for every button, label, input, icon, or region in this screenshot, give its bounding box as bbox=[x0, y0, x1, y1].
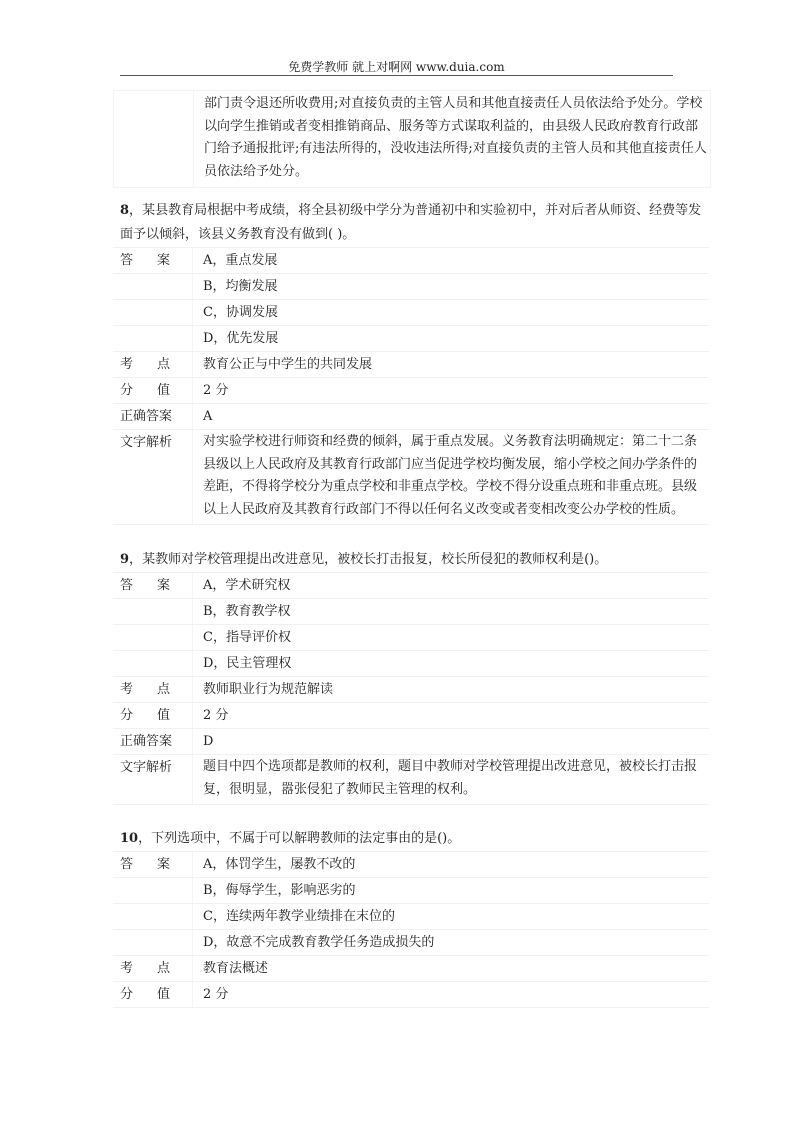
correct-answer-label: 正确答案 bbox=[113, 404, 193, 429]
option-row: 答案 A，体罚学生，屡教不改的 bbox=[113, 852, 709, 878]
option-a: A，体罚学生，屡教不改的 bbox=[193, 852, 709, 877]
score-value: 2 分 bbox=[193, 378, 709, 403]
question-separator: ， bbox=[138, 831, 151, 846]
point-row: 考点 教育公正与中学生的共同发展 bbox=[113, 352, 709, 378]
analysis-text: 题目中四个选项都是教师的权利，题目中教师对学校管理提出改进意见，被校长打击报复，… bbox=[193, 755, 709, 804]
option-a: A，学术研究权 bbox=[193, 573, 709, 598]
answer-label: 答案 bbox=[113, 573, 193, 598]
question-number: 10 bbox=[120, 831, 138, 846]
question-number: 8 bbox=[120, 203, 129, 218]
option-b: B，教育教学权 bbox=[193, 599, 709, 624]
option-row: 答案 A，学术研究权 bbox=[113, 573, 709, 599]
analysis-label: 文字解析 bbox=[113, 755, 193, 804]
option-c: C，指导评价权 bbox=[193, 625, 709, 650]
correct-answer-value: A bbox=[193, 404, 709, 429]
analysis-row: 文字解析 对实验学校进行师资和经费的倾斜，属于重点发展。义务教育法明确规定：第二… bbox=[113, 430, 709, 525]
score-label: 分值 bbox=[113, 982, 193, 1007]
analysis-label: 文字解析 bbox=[113, 430, 193, 524]
analysis-continuation-text: 部门责令退还所收费用;对直接负责的主管人员和其他直接责任人员依法给予处分。学校以… bbox=[194, 91, 710, 187]
header-divider bbox=[120, 75, 673, 76]
option-c: C，协调发展 bbox=[193, 300, 709, 325]
score-label: 分值 bbox=[113, 378, 193, 403]
point-value: 教育法概述 bbox=[193, 956, 709, 981]
point-value: 教育公正与中学生的共同发展 bbox=[193, 352, 709, 377]
option-c: C，连续两年教学业绩排在末位的 bbox=[193, 904, 709, 929]
score-value: 2 分 bbox=[193, 703, 709, 728]
point-value: 教师职业行为规范解读 bbox=[193, 677, 709, 702]
option-row: B，教育教学权 bbox=[113, 599, 709, 625]
question-number: 9 bbox=[120, 552, 129, 567]
option-row: C，连续两年教学业绩排在末位的 bbox=[113, 904, 709, 930]
question-stem: 10，下列选项中，不属于可以解聘教师的法定事由的是()。 bbox=[113, 827, 709, 852]
point-label: 考点 bbox=[113, 352, 193, 377]
question-stem: 8，某县教育局根据中考成绩，将全县初级中学分为普通初中和实验初中，并对后者从师资… bbox=[113, 199, 709, 248]
point-row: 考点 教师职业行为规范解读 bbox=[113, 677, 709, 703]
answer-label: 答案 bbox=[113, 248, 193, 273]
score-row: 分值 2 分 bbox=[113, 378, 709, 404]
option-row: D，故意不完成教育教学任务造成损失的 bbox=[113, 930, 709, 956]
correct-answer-row: 正确答案 A bbox=[113, 404, 709, 430]
question-8: 8，某县教育局根据中考成绩，将全县初级中学分为普通初中和实验初中，并对后者从师资… bbox=[113, 199, 709, 525]
question-text: 下列选项中，不属于可以解聘教师的法定事由的是()。 bbox=[151, 831, 460, 846]
option-row: B，侮辱学生，影响恶劣的 bbox=[113, 878, 709, 904]
question-text: 某教师对学校管理提出改进意见，被校长打击报复，校长所侵犯的教师权利是()。 bbox=[142, 552, 607, 567]
option-d: D，优先发展 bbox=[193, 326, 709, 351]
page-header: 免费学教师 就上对啊网 www.duia.com bbox=[120, 58, 673, 75]
analysis-text: 对实验学校进行师资和经费的倾斜，属于重点发展。义务教育法明确规定：第二十二条 县… bbox=[193, 430, 709, 524]
correct-answer-label: 正确答案 bbox=[113, 729, 193, 754]
option-row: B，均衡发展 bbox=[113, 274, 709, 300]
question-separator: ， bbox=[129, 552, 142, 567]
option-row: C，协调发展 bbox=[113, 300, 709, 326]
point-label: 考点 bbox=[113, 956, 193, 981]
option-row: D，民主管理权 bbox=[113, 651, 709, 677]
correct-answer-row: 正确答案 D bbox=[113, 729, 709, 755]
question-9: 9，某教师对学校管理提出改进意见，被校长打击报复，校长所侵犯的教师权利是()。 … bbox=[113, 548, 709, 805]
question-separator: ， bbox=[129, 203, 142, 218]
point-label: 考点 bbox=[113, 677, 193, 702]
question-stem: 9，某教师对学校管理提出改进意见，被校长打击报复，校长所侵犯的教师权利是()。 bbox=[113, 548, 709, 573]
score-row: 分值 2 分 bbox=[113, 703, 709, 729]
analysis-row: 文字解析 题目中四个选项都是教师的权利，题目中教师对学校管理提出改进意见，被校长… bbox=[113, 755, 709, 805]
option-d: D，民主管理权 bbox=[193, 651, 709, 676]
previous-analysis-continuation: 部门责令退还所收费用;对直接负责的主管人员和其他直接责任人员依法给予处分。学校以… bbox=[113, 90, 711, 188]
answer-label: 答案 bbox=[113, 852, 193, 877]
option-row: C，指导评价权 bbox=[113, 625, 709, 651]
option-row: D，优先发展 bbox=[113, 326, 709, 352]
score-row: 分值 2 分 bbox=[113, 982, 709, 1008]
option-b: B，侮辱学生，影响恶劣的 bbox=[193, 878, 709, 903]
score-label: 分值 bbox=[113, 703, 193, 728]
question-10: 10，下列选项中，不属于可以解聘教师的法定事由的是()。 答案 A，体罚学生，屡… bbox=[113, 827, 709, 1008]
empty-label-cell bbox=[114, 91, 194, 187]
option-b: B，均衡发展 bbox=[193, 274, 709, 299]
option-row: 答案 A，重点发展 bbox=[113, 248, 709, 274]
point-row: 考点 教育法概述 bbox=[113, 956, 709, 982]
question-text: 某县教育局根据中考成绩，将全县初级中学分为普通初中和实验初中，并对后者从师资、经… bbox=[120, 203, 701, 242]
option-a: A，重点发展 bbox=[193, 248, 709, 273]
score-value: 2 分 bbox=[193, 982, 709, 1007]
correct-answer-value: D bbox=[193, 729, 709, 754]
option-d: D，故意不完成教育教学任务造成损失的 bbox=[193, 930, 709, 955]
